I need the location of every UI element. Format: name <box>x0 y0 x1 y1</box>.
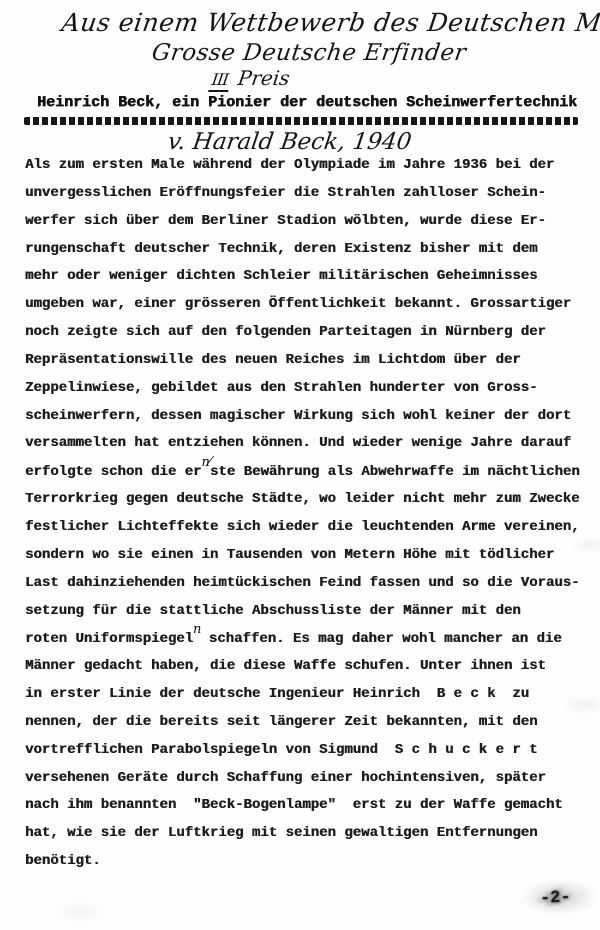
body-line: nach ihm benannten "Beck-Bogenlampe" ers… <box>25 792 591 820</box>
handwritten-header-line2: Grosse Deutsche Erfinder <box>150 40 468 66</box>
body-line: festlicher Lichteffekte sich wieder die … <box>25 514 591 542</box>
prize-word: Preis <box>236 66 291 90</box>
scanned-document-page: Aus einem Wettbewerb des Deutschen Museu… <box>0 0 600 930</box>
handwritten-prize-line: IIIPreis <box>208 66 291 92</box>
body-line: scheinwerfern, dessen magischer Wirkung … <box>25 403 591 431</box>
page-number-mark: -2- <box>540 888 572 909</box>
body-line: erfolgte schon die ern⁄ste Bewährung als… <box>25 458 591 486</box>
handwritten-correction: n⁄ <box>201 455 210 470</box>
body-line: noch zeigte sich auf den folgenden Parte… <box>25 319 591 347</box>
body-line: versehenen Geräte durch Schaffung einer … <box>25 765 591 793</box>
body-line: unvergesslichen Eröffnungsfeier die Stra… <box>25 180 591 208</box>
body-line: Terrorkrieg gegen deutsche Städte, wo le… <box>25 486 591 514</box>
body-line: setzung für die stattliche Abschussliste… <box>25 598 591 626</box>
body-line: benötigt. <box>25 848 591 876</box>
body-line: sondern wo sie einen in Tausenden von Me… <box>25 542 591 570</box>
body-line: roten Uniformspiegeln schaffen. Es mag d… <box>25 625 591 653</box>
body-line: Repräsentationswille des neuen Reiches i… <box>25 347 591 375</box>
body-line: versammelten hat entziehen können. Und w… <box>25 430 591 458</box>
handwritten-correction: n <box>193 622 200 637</box>
body-line: Last dahinziehenden heimtückischen Feind… <box>25 570 591 598</box>
body-line: mehr oder weniger dichten Schleier milit… <box>25 263 591 291</box>
document-title: Heinrich Beck, ein Pionier der deutschen… <box>37 94 577 111</box>
prize-numeral: III <box>208 70 231 92</box>
body-line: umgeben war, einer grösseren Öffentlichk… <box>25 291 591 319</box>
body-line: vortrefflichen Parabolspiegeln von Sigmu… <box>25 737 591 765</box>
body-line: Männer gedacht haben, die diese Waffe sc… <box>25 653 591 681</box>
body-line: nennen, der die bereits seit längerer Ze… <box>25 709 591 737</box>
body-line: Zeppelinwiese, gebildet aus den Strahlen… <box>25 375 591 403</box>
body-text: Als zum ersten Male während der Olympiad… <box>25 152 591 876</box>
dotted-divider <box>24 117 578 125</box>
handwritten-header-line1: Aus einem Wettbewerb des Deutschen Museu… <box>60 8 600 37</box>
body-line: in erster Linie der deutsche Ingenieur H… <box>25 681 591 709</box>
body-line: hat, wie sie der Luftkrieg mit seinen ge… <box>25 820 591 848</box>
body-line: werfer sich über dem Berliner Stadion wö… <box>25 208 591 236</box>
body-line: Als zum ersten Male während der Olympiad… <box>25 152 591 180</box>
body-line: rungenschaft deutscher Technik, deren Ex… <box>25 236 591 264</box>
